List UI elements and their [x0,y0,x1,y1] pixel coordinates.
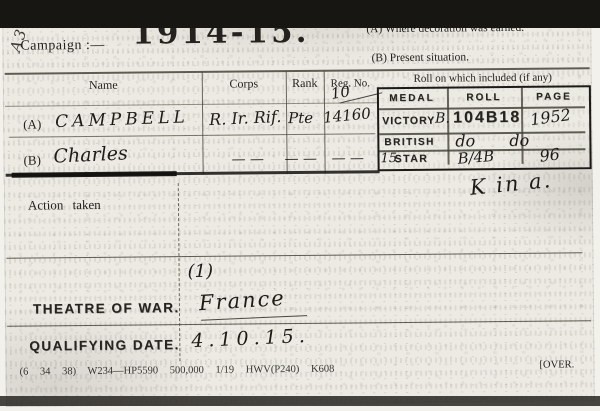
victory-roll-prefix: B. [435,111,450,127]
action-column-divider [178,183,181,361]
star-medal-stamp: STAR [394,153,428,165]
qualifying-date-value: 4.10.15. [191,325,310,352]
row-b-reg-dashes: — — [331,150,364,166]
row-b-corps-dashes: — — [231,151,264,167]
star-page-number: 96 [538,144,560,165]
col-header-name: Name [5,77,202,94]
row-a-prefix: (A) [23,116,41,132]
row-a-corps: R. Ir. Rif. [209,107,282,129]
theatre-number: (1) [188,261,214,282]
british-page-ditto: do [509,131,529,150]
header-underline [5,102,377,107]
row-b-prefix: (B) [23,152,40,168]
mid-divider-line [6,252,582,259]
col-header-rank: Rank [286,76,324,91]
victory-roll-number: 104B18 [453,109,521,128]
campaign-label: Campaign :— [20,38,105,55]
roll-table-title: Roll on which included (if any) [377,71,589,85]
qualifying-date-stamp: QUALIFYING DATE. [29,337,180,353]
row-b-rank-dashes: — — [284,151,317,167]
row-a-rank: Pte [288,109,313,127]
british-medal-stamp: BRITISH [384,137,435,148]
situation-note-b: (B) Present situation. [372,51,470,64]
star-roll-ref: B/4B [457,147,495,168]
printer-imprint: (6 34 38) W234—HP5590 500,000 1/19 HWV(P… [20,364,335,378]
index-card: A3 Campaign :— 1914-15. (A) Where decora… [2,9,595,407]
table-bottom-heavy [12,171,177,178]
theatre-value-underline [201,315,307,321]
medal-index-card-scan: A3 Campaign :— 1914-15. (A) Where decora… [0,0,600,411]
roll-col-medal: MEDAL [377,93,447,105]
row-b-forename: Charles [53,142,128,167]
killed-in-action-note: K in a. [469,168,553,200]
action-taken-label: Action taken [28,197,101,214]
roll-col-roll: ROLL [447,92,521,104]
torn-photo-edge-bottom [0,396,600,406]
row-a-reg-no: 14160 [322,104,371,127]
row-a-surname: CAMPBELL [55,107,189,132]
over-note: [OVER. [539,359,574,370]
col-header-corps: Corps [202,76,286,92]
theatre-of-war-stamp: THEATRE OF WAR. [33,300,180,316]
victory-medal-stamp: VICTORY [382,115,435,128]
theatre-value: France [198,286,286,315]
row-a-underline [9,133,375,138]
roll-col-page: PAGE [521,91,587,103]
torn-photo-edge-top [0,0,600,28]
